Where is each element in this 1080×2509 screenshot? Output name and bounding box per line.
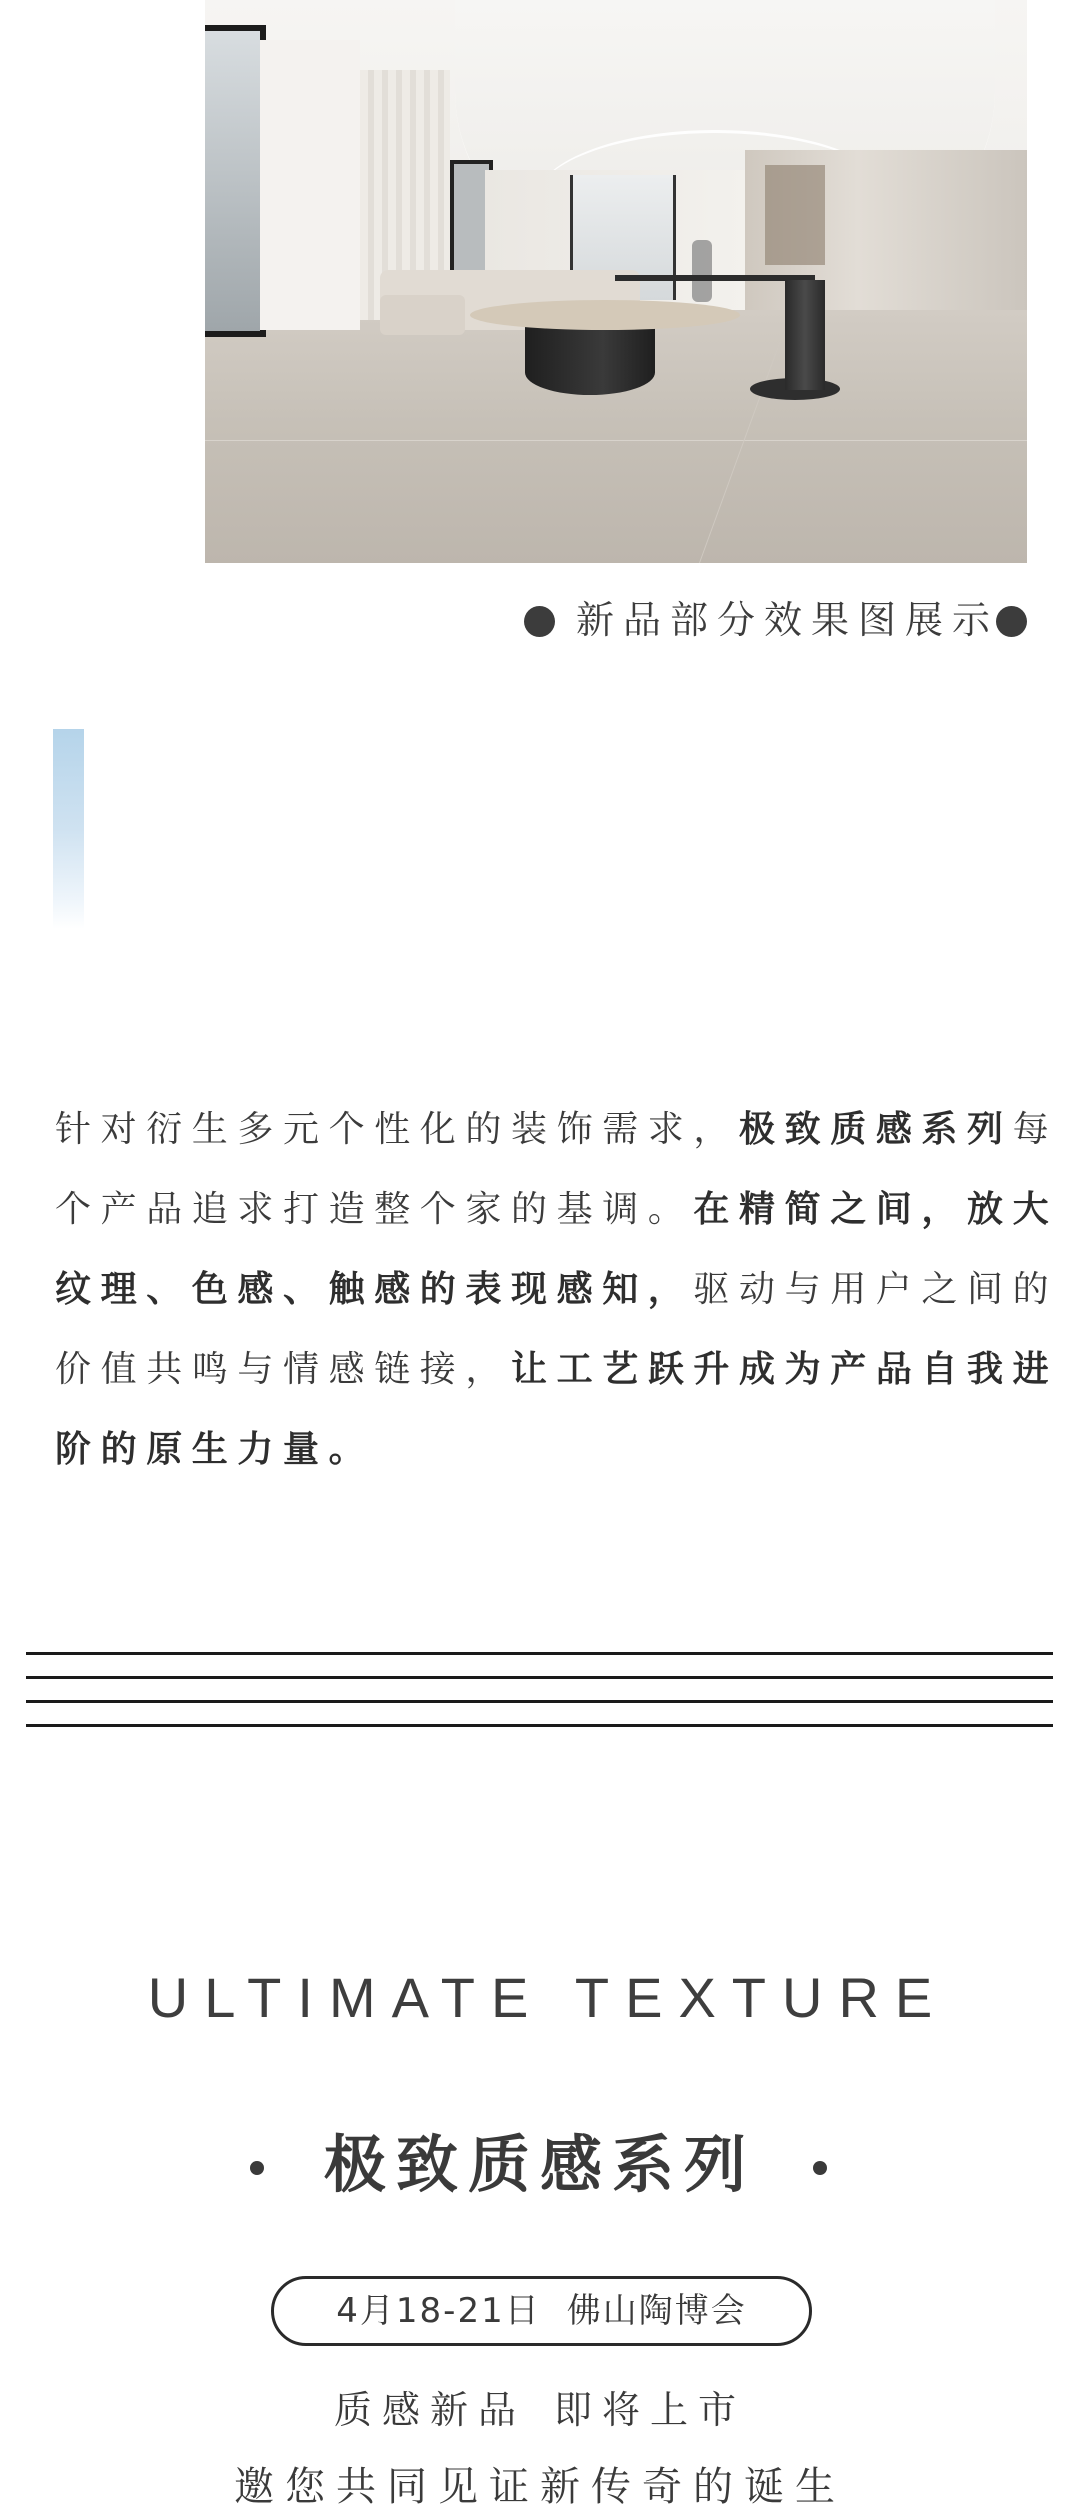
paragraph-line: 纹理、色感、触感的表现感知，驱动与用户之间的 [55,1250,1035,1330]
title-bullet-right-icon [813,2161,827,2175]
photo-coffee-table-top [470,300,740,330]
tagline-part: 质感新品 [334,2388,526,2432]
paragraph-line: 针对衍生多元个性化的装饰需求，极致质感系列每 [55,1090,1035,1170]
hero-photo [205,0,1027,563]
bold-text-run: 阶的原生力量。 [55,1429,374,1470]
image-caption: 新品部分效果图展示 [576,596,999,644]
paragraph-line: 阶的原生力量。 [55,1410,1035,1490]
text-run: 针对衍生多元个性化的装饰需求， [55,1109,739,1150]
caption-bullet-left-icon [524,606,555,637]
divider-line [26,1700,1053,1703]
text-run: 价值共鸣与情感链接， [55,1349,511,1390]
tagline-part: 即将上市 [554,2388,746,2432]
photo-vase [692,240,712,302]
bold-text-run: 纹理、色感、触感的表现感知， [55,1269,693,1310]
paragraph-line: 个产品追求打造整个家的基调。在精简之间，放大 [55,1170,1035,1250]
bold-text-run: 极致质感系列 [739,1109,1013,1150]
caption-bullet-right-icon [996,606,1027,637]
accent-bar [53,729,84,929]
series-title: 极致质感系列 [0,2125,1080,2205]
bold-text-run: 在精简之间，放大 [693,1189,1058,1230]
photo-tile-seam [205,440,1027,441]
event-date-pill: 4月18-21日佛山陶博会 [271,2276,812,2346]
divider-line [26,1724,1053,1727]
tagline-1: 质感新品即将上市 [0,2385,1080,2435]
text-run: 驱动与用户之间的 [693,1269,1058,1310]
tagline-2: 邀您共同见证新传奇的诞生 [0,2460,1080,2509]
event-venue: 佛山陶博会 [567,2291,747,2331]
photo-coffee-table-base [525,320,655,395]
body-paragraph: 针对衍生多元个性化的装饰需求，极致质感系列每 个产品追求打造整个家的基调。在精简… [55,1090,1035,1490]
paragraph-line: 价值共鸣与情感链接，让工艺跃升成为产品自我进 [55,1330,1035,1410]
photo-side-table-column [785,280,825,390]
divider-line [26,1676,1053,1679]
divider-line [26,1652,1053,1655]
text-run: 每 [1013,1109,1059,1150]
english-title: ULTIMATE TEXTURE [0,1968,1080,2028]
bold-text-run: 让工艺跃升成为产品自我进 [511,1349,1058,1390]
photo-pillar [260,40,360,330]
photo-ottoman [380,295,465,335]
photo-window [205,25,266,337]
photo-shelf [765,165,825,265]
event-date: 4月18-21日 [336,2291,540,2331]
text-run: 个产品追求打造整个家的基调。 [55,1189,693,1230]
